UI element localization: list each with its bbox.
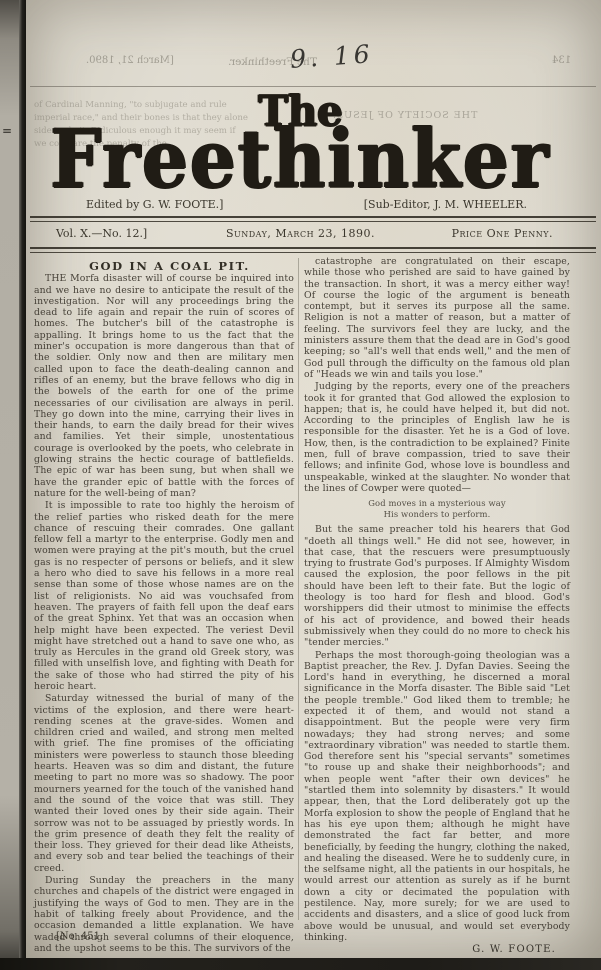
article-paragraph: It is impossible to rate too highly the … xyxy=(34,500,294,692)
article-paragraph: catastrophe are congratulated on their e… xyxy=(304,256,570,380)
editor-row: Edited by G. W. FOOTE.] [Sub-Editor, J. … xyxy=(30,198,571,212)
article-column-left: GOD IN A COAL PIT. THE Morfa disaster wi… xyxy=(34,261,294,955)
handwritten-note: 9. 16 xyxy=(289,39,374,74)
article-paragraph: Perhaps the most thorough-going theologi… xyxy=(304,650,570,944)
bleedthrough-running-date: [March 21, 1890. xyxy=(86,55,174,66)
issue-price: Price One Penny. xyxy=(452,227,553,240)
masthead-rule-bottom xyxy=(30,247,596,253)
article-paragraph: But the same preacher told his hearers t… xyxy=(304,524,570,648)
bleedthrough-folio: 134 xyxy=(552,55,571,66)
scan-bottom-edge xyxy=(0,958,601,970)
issue-footer-number: [No. 451. xyxy=(56,931,103,942)
masthead-rule-top xyxy=(30,216,596,222)
verse-line: God moves in a mysterious way xyxy=(304,498,570,509)
article-paragraph: Judging by the reports, every one of the… xyxy=(304,381,570,494)
article-column-right: catastrophe are congratulated on their e… xyxy=(304,256,570,957)
sub-editor-credit: [Sub-Editor, J. M. WHEELER. xyxy=(364,198,527,211)
masthead-title: Freethinker xyxy=(0,111,601,206)
article-paragraph: During Sunday the preachers in the many … xyxy=(34,875,294,954)
article-paragraph: THE Morfa disaster will of course be inq… xyxy=(34,273,294,499)
verse-line: His wonders to perform. xyxy=(304,509,570,520)
author-signature: G. W. FOOTE. xyxy=(304,944,570,955)
quoted-verse: God moves in a mysterious way His wonder… xyxy=(304,498,570,519)
column-divider-rule xyxy=(298,258,299,920)
article-title: GOD IN A COAL PIT. xyxy=(34,261,294,272)
issue-info-row: Vol. X.—No. 12.] Sunday, March 23, 1890.… xyxy=(30,227,571,243)
editor-credit: Edited by G. W. FOOTE.] xyxy=(86,198,223,211)
article-paragraph: Saturday witnessed the burial of many of… xyxy=(34,693,294,874)
